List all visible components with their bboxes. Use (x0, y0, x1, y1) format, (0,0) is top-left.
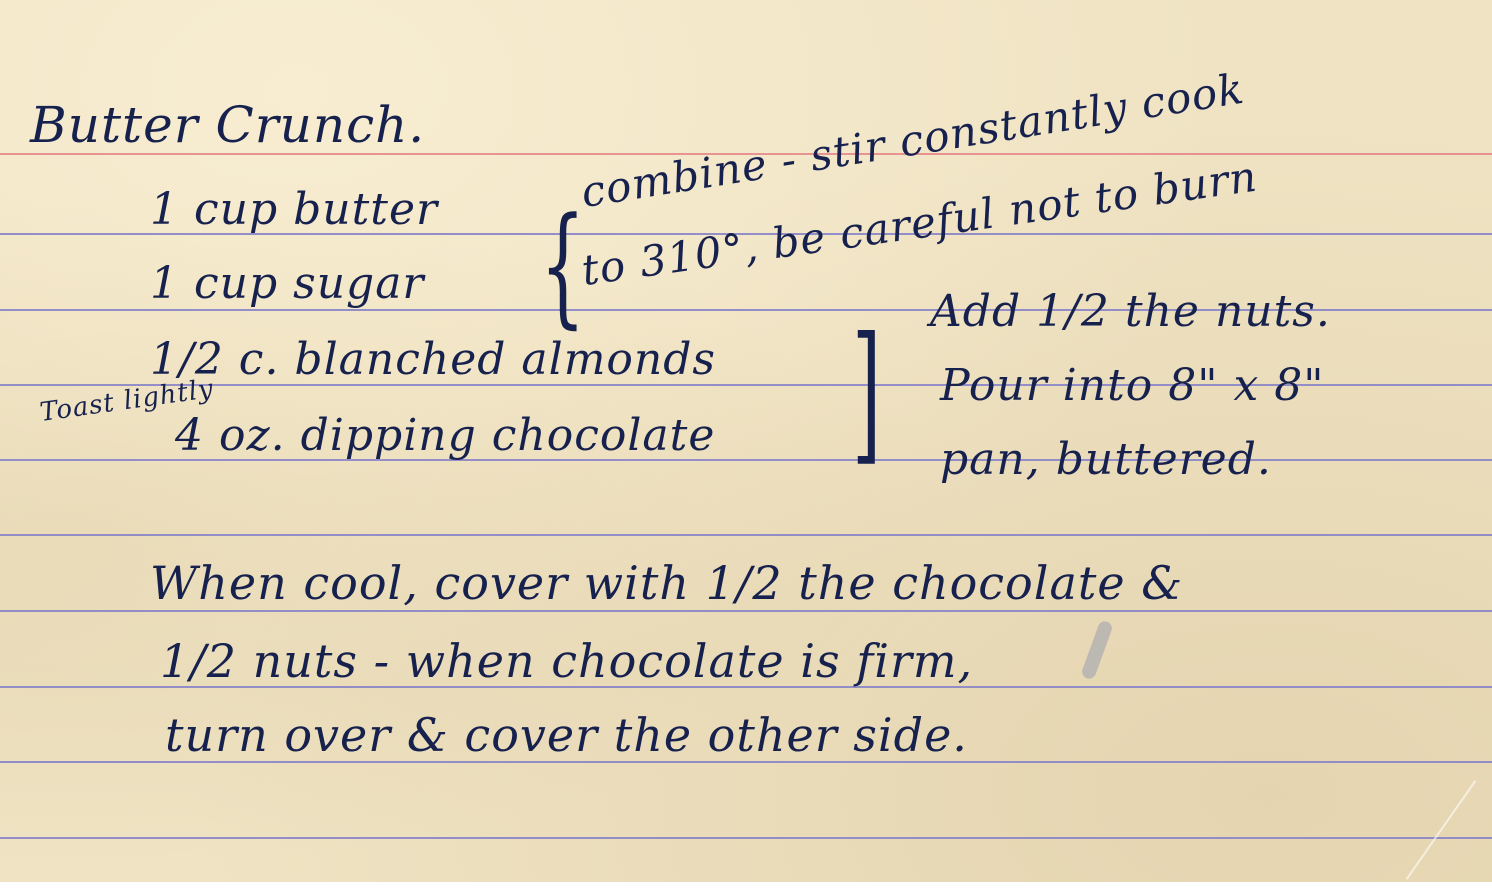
recipe-title: Butter Crunch. (30, 100, 425, 150)
finishing-line-3: turn over & cover the other side. (165, 712, 968, 758)
recipe-card: Butter Crunch. 1 cup butter 1 cup sugar … (0, 0, 1492, 882)
ingredient-sugar: 1 cup sugar (150, 262, 424, 306)
step-pan: pan, buttered. (940, 438, 1272, 482)
step-add-nuts: Add 1/2 the nuts. (930, 290, 1331, 334)
ingredient-almonds: 1/2 c. blanched almonds (150, 338, 716, 382)
ingredient-butter: 1 cup butter (150, 188, 438, 232)
curly-brace-icon: { (540, 200, 585, 330)
ink-smudge (1080, 619, 1114, 680)
finishing-line-2: 1/2 nuts - when chocolate is firm, (160, 638, 973, 684)
square-bracket-icon: ] (852, 318, 881, 468)
finishing-line-1: When cool, cover with 1/2 the chocolate … (150, 560, 1183, 606)
ruled-line (0, 610, 1492, 612)
step-pour: Pour into 8" x 8" (940, 364, 1325, 408)
paper-crease (1406, 780, 1476, 879)
ruled-line (0, 837, 1492, 839)
ruled-line (0, 534, 1492, 536)
ingredient-chocolate: 4 oz. dipping chocolate (175, 414, 715, 458)
